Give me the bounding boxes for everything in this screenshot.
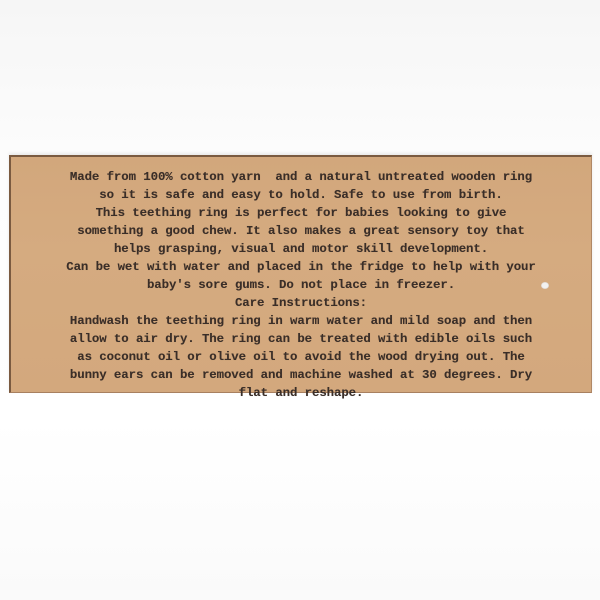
label-line: something a good chew. It also makes a g… — [11, 222, 591, 240]
label-line: baby's sore gums. Do not place in freeze… — [11, 276, 591, 294]
label-line: flat and reshape. — [11, 384, 591, 402]
care-instructions-heading: Care Instructions: — [11, 294, 591, 312]
label-line: allow to air dry. The ring can be treate… — [11, 330, 591, 348]
label-line: Handwash the teething ring in warm water… — [11, 312, 591, 330]
photo-scene: Made from 100% cotton yarn and a natural… — [0, 0, 600, 600]
label-line: so it is safe and easy to hold. Safe to … — [11, 186, 591, 204]
label-line: bunny ears can be removed and machine wa… — [11, 366, 591, 384]
label-text: Made from 100% cotton yarn and a natural… — [11, 168, 591, 402]
kraft-paper-label: Made from 100% cotton yarn and a natural… — [9, 155, 592, 393]
punch-hole — [541, 282, 549, 289]
label-line: This teething ring is perfect for babies… — [11, 204, 591, 222]
label-line: as coconut oil or olive oil to avoid the… — [11, 348, 591, 366]
label-line: helps grasping, visual and motor skill d… — [11, 240, 591, 258]
label-line: Can be wet with water and placed in the … — [11, 258, 591, 276]
label-line: Made from 100% cotton yarn and a natural… — [11, 168, 591, 186]
